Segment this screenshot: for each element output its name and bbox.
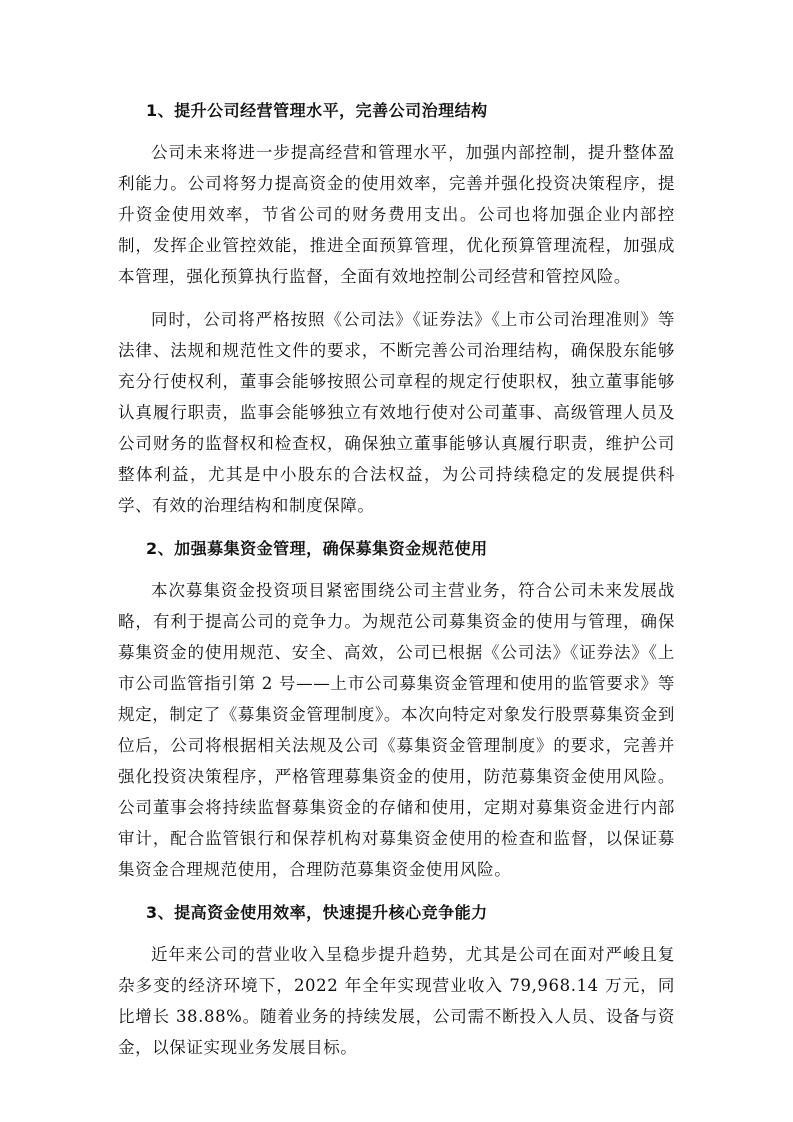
- paragraph: 近年来公司的营业收入呈稳步提升趋势，尤其是公司在面对严峻且复杂多变的经济环境下，…: [118, 939, 675, 1063]
- paragraph: 公司未来将进一步提高经营和管理水平，加强内部控制，提升整体盈利能力。公司将努力提…: [118, 137, 675, 292]
- document-page: 1、提升公司经营管理水平，完善公司治理结构 公司未来将进一步提高经营和管理水平，…: [118, 95, 675, 1075]
- paragraph: 同时，公司将严格按照《公司法》《证券法》《上市公司治理准则》等法律、法规和规范性…: [118, 304, 675, 521]
- section-3: 3、提高资金使用效率，快速提升核心竞争能力 近年来公司的营业收入呈稳步提升趋势，…: [118, 897, 675, 1063]
- section-2: 2、加强募集资金管理，确保募集资金规范使用 本次募集资金投资项目紧密围绕公司主营…: [118, 533, 675, 885]
- paragraph: 本次募集资金投资项目紧密围绕公司主营业务，符合公司未来发展战略，有利于提高公司的…: [118, 575, 675, 885]
- section-heading: 1、提升公司经营管理水平，完善公司治理结构: [118, 95, 675, 126]
- section-1: 1、提升公司经营管理水平，完善公司治理结构 公司未来将进一步提高经营和管理水平，…: [118, 95, 675, 521]
- section-heading: 3、提高资金使用效率，快速提升核心竞争能力: [118, 897, 675, 928]
- section-heading: 2、加强募集资金管理，确保募集资金规范使用: [118, 533, 675, 564]
